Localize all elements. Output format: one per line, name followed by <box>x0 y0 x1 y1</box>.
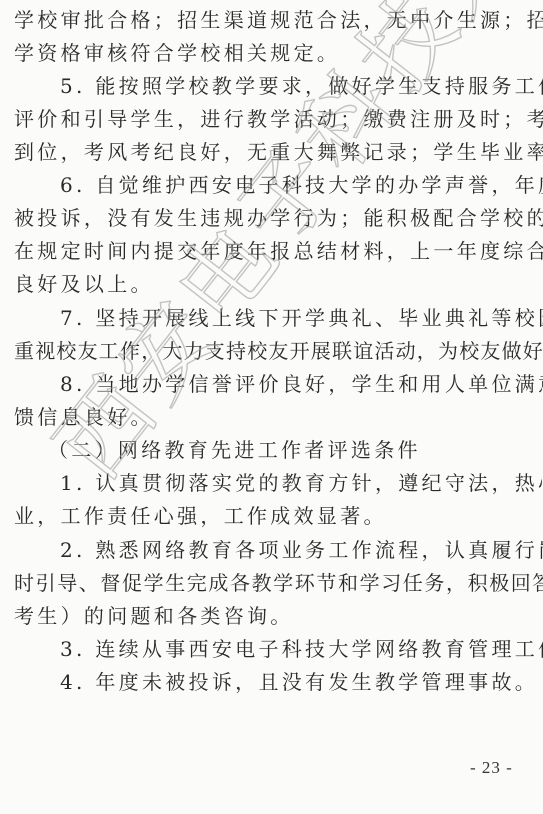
text-line: 1. 认真贯彻落实党的教育方针，遵纪守法，热心继续教育事 <box>60 467 536 500</box>
text-line: 5. 能按照学校教学要求，做好学生支持服务工作。能客观地 <box>60 70 536 103</box>
text-line: 6. 自觉维护西安电子科技大学的办学声誉，年度办学过程未 <box>60 169 536 202</box>
text-line: 到位，考风考纪良好，无重大舞弊记录；学生毕业率较高。 <box>14 136 534 169</box>
text-line: 3. 连续从事西安电子科技大学网络教育管理工作两年以上。 <box>60 633 536 666</box>
text-line: 时引导、督促学生完成各教学环节和学习任务，积极回答学生（报 <box>14 567 534 600</box>
text-line: 在规定时间内提交年度年报总结材料，上一年度综合考评结果为 <box>14 235 534 268</box>
text-line: 学校审批合格；招生渠道规范合法，无中介生源；招生收费、入 <box>14 4 534 37</box>
text-line: 8. 当地办学信誉评价良好，学生和用人单位满意度调查或反 <box>60 368 536 401</box>
text-line: 被投诉，没有发生违规办学行为；能积极配合学校的办学检查， <box>14 202 534 235</box>
document-page: 西安电子科技大学 学校审批合格；招生渠道规范合法，无中介生源；招生收费、入 学资… <box>0 0 543 814</box>
text-line: 7. 坚持开展线上线下开学典礼、毕业典礼等校园文化活动； <box>60 302 536 335</box>
text-line: 良好及以上。 <box>14 268 534 301</box>
section-heading: （二）网络教育先进工作者评选条件 <box>48 434 543 467</box>
text-line: 考生）的问题和各类咨询。 <box>14 600 534 633</box>
text-line: 2. 熟悉网络教育各项业务工作流程，认真履行岗位职责，及 <box>60 534 536 567</box>
text-line: 评价和引导学生，进行教学活动；缴费注册及时；考试组织工作 <box>14 103 534 136</box>
text-line: 业，工作责任心强，工作成效显著。 <box>14 500 534 533</box>
text-line: 4. 年度未被投诉，且没有发生教学管理事故。 <box>60 666 536 699</box>
text-line: 重视校友工作，大力支持校友开展联谊活动，为校友做好服务工作。 <box>14 335 534 368</box>
text-line: 学资格审核符合学校相关规定。 <box>14 37 534 70</box>
text-line: 馈信息良好。 <box>14 401 534 434</box>
page-number: - 23 - <box>470 758 513 778</box>
